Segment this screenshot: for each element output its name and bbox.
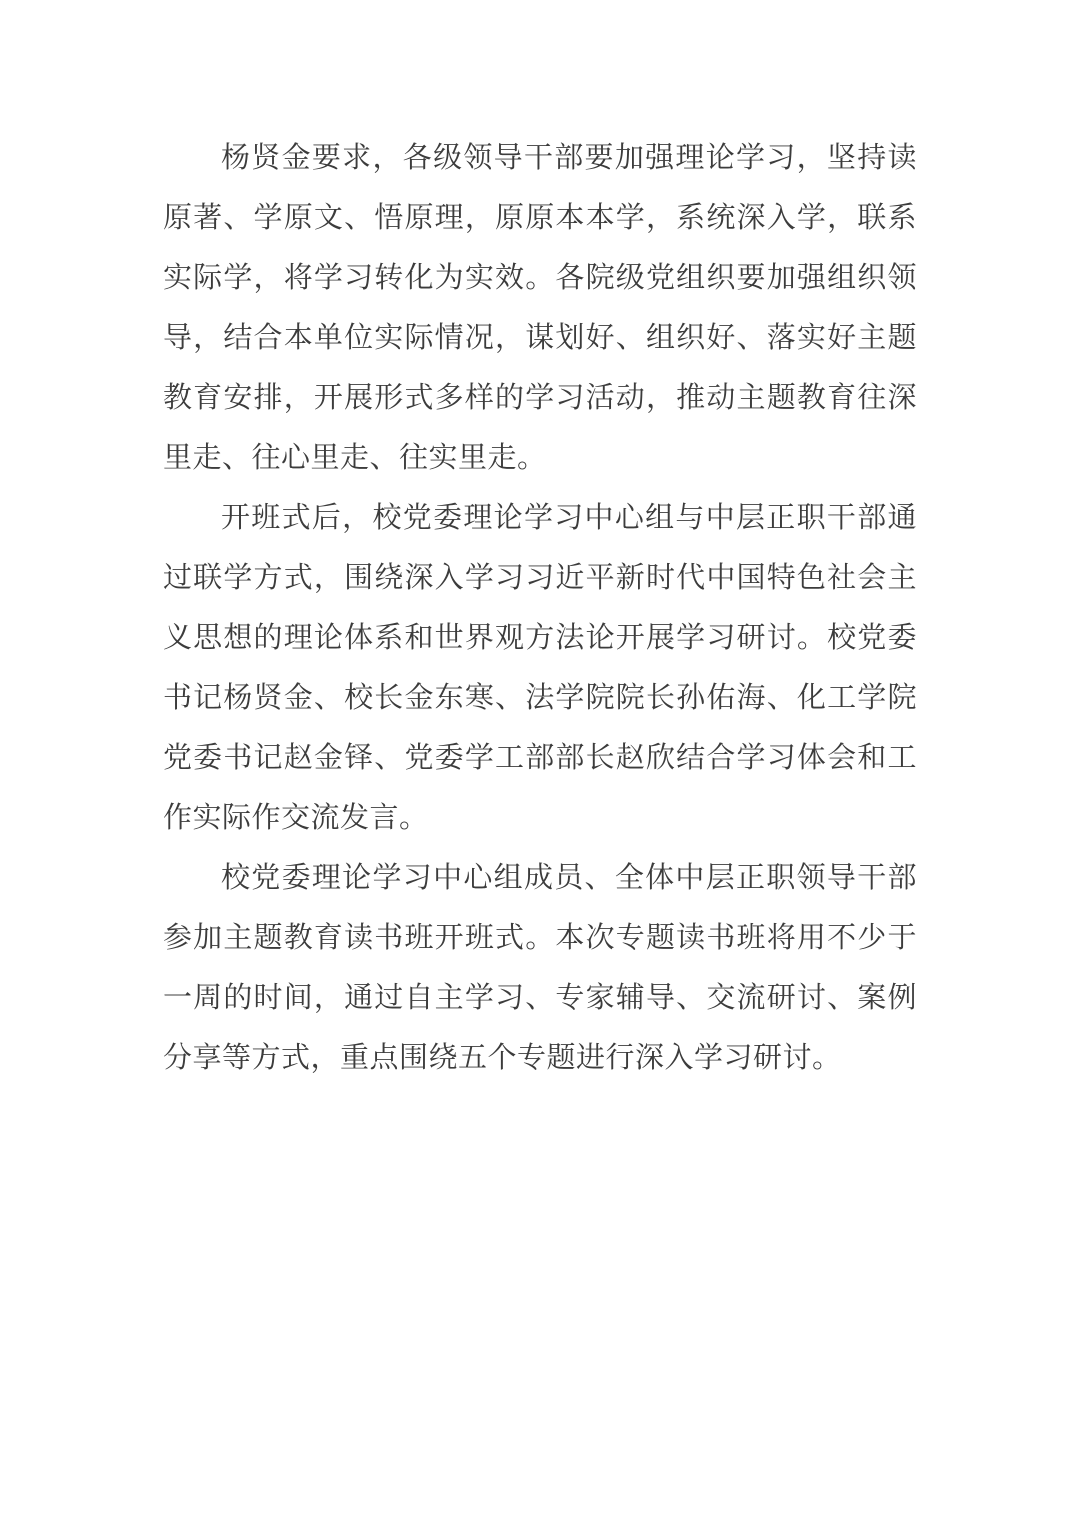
document-body: 杨贤金要求，各级领导干部要加强理论学习，坚持读原著、学原文、悟原理，原原本本学，…: [163, 127, 917, 1087]
paragraph-1: 杨贤金要求，各级领导干部要加强理论学习，坚持读原著、学原文、悟原理，原原本本学，…: [163, 127, 917, 487]
paragraph-3: 校党委理论学习中心组成员、全体中层正职领导干部参加主题教育读书班开班式。本次专题…: [163, 847, 917, 1087]
document-page: 杨贤金要求，各级领导干部要加强理论学习，坚持读原著、学原文、悟原理，原原本本学，…: [0, 0, 1080, 1527]
paragraph-2: 开班式后，校党委理论学习中心组与中层正职干部通过联学方式，围绕深入学习习近平新时…: [163, 487, 917, 847]
